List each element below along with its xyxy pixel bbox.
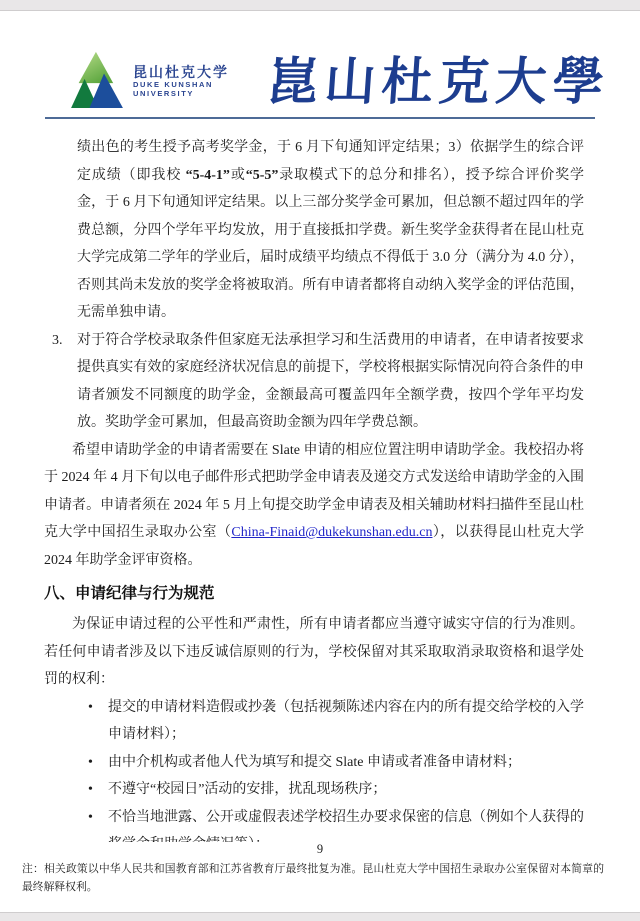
footnote: 注：相关政策以中华人民共和国教育部和江苏省教育厅最终批复为准。昆山杜克大学中国招… bbox=[22, 861, 604, 896]
calligraphy-title: 崑山杜克大學 bbox=[265, 40, 600, 114]
numbered-item-3: 3.对于符合学校录取条件但家庭无法承担学习和生活费用的申请者，在申请者按要求提供… bbox=[44, 327, 584, 437]
viewer-top-edge bbox=[0, 0, 640, 11]
bullet-text: 不恰当地泄露、公开或虚假表述学校招生办要求保密的信息（例如个人获得的奖学金和助学… bbox=[108, 810, 584, 843]
bullet-item: 提交的申请材料造假或抄袭（包括视频陈述内容在内的所有提交给学校的入学申请材料）； bbox=[108, 694, 584, 749]
logo-chinese-name: 昆山杜克大学 bbox=[133, 64, 229, 80]
bullet-item: 由中介机构或者他人代为填写和提交 Slate 申请或者准备申请材料； bbox=[108, 749, 584, 777]
list-number: 3. bbox=[52, 327, 63, 355]
bullet-text: 由中介机构或者他人代为填写和提交 Slate 申请或者准备申请材料； bbox=[108, 755, 521, 770]
logo-english-name-line2: UNIVERSITY bbox=[133, 89, 229, 98]
bullet-item: 不恰当地泄露、公开或虚假表述学校招生办要求保密的信息（例如个人获得的奖学金和助学… bbox=[108, 804, 584, 843]
numbered-item-text: 对于符合学校录取条件但家庭无法承担学习和生活费用的申请者，在申请者按要求提供真实… bbox=[77, 333, 584, 431]
violation-bullet-list: 提交的申请材料造假或抄袭（包括视频陈述内容在内的所有提交给学校的入学申请材料）；… bbox=[44, 694, 584, 843]
university-logo: 昆山杜克大学 DUKE KUNSHAN UNIVERSITY bbox=[70, 50, 229, 112]
paragraph-integrity-rules: 为保证申请过程的公平性和严肃性，所有申请者都应当遵守诚实守信的行为准则。若任何申… bbox=[44, 611, 584, 694]
paragraph-finaid-application: 希望申请助学金的申请者需要在 Slate 申请的相应位置注明申请助学金。我校招办… bbox=[44, 437, 584, 575]
logo-english-name-line1: DUKE KUNSHAN bbox=[133, 80, 229, 89]
paragraph-text: 录取模式下的总分和排名），授予综合评价奖学金，于 6 月下旬通知评定结果。以上三… bbox=[77, 168, 584, 321]
header-divider bbox=[45, 117, 595, 119]
bullet-text: 提交的申请材料造假或抄袭（包括视频陈述内容在内的所有提交给学校的入学申请材料）； bbox=[108, 700, 584, 743]
bullet-item: 不遵守“校园日”活动的安排，扰乱现场秩序； bbox=[108, 776, 584, 804]
page-number: 9 bbox=[0, 842, 640, 857]
document-page: { "colors": { "logo_blue": "#2a4490", "t… bbox=[0, 0, 640, 921]
admission-mode-541: “5-4-1” bbox=[186, 168, 230, 183]
paragraph-text: 或 bbox=[230, 168, 246, 183]
admission-mode-55: “5-5” bbox=[246, 168, 279, 183]
paragraph-scholarship-continuation: 绩出色的考生授予高考奖学金，于 6 月下旬通知评定结果；3）依据学生的综合评定成… bbox=[44, 134, 584, 327]
document-body: 绩出色的考生授予高考奖学金，于 6 月下旬通知评定结果；3）依据学生的综合评定成… bbox=[44, 134, 584, 842]
logo-wordmark: 昆山杜克大学 DUKE KUNSHAN UNIVERSITY bbox=[133, 64, 229, 98]
section-heading-discipline: 八、申请纪律与行为规范 bbox=[44, 579, 584, 609]
viewer-bottom-edge bbox=[0, 912, 640, 921]
bullet-text: 不遵守“校园日”活动的安排，扰乱现场秩序； bbox=[108, 782, 386, 797]
mountain-logo-icon bbox=[70, 50, 124, 112]
finaid-email-link[interactable]: China-Finaid@dukekunshan.edu.cn bbox=[231, 525, 432, 540]
